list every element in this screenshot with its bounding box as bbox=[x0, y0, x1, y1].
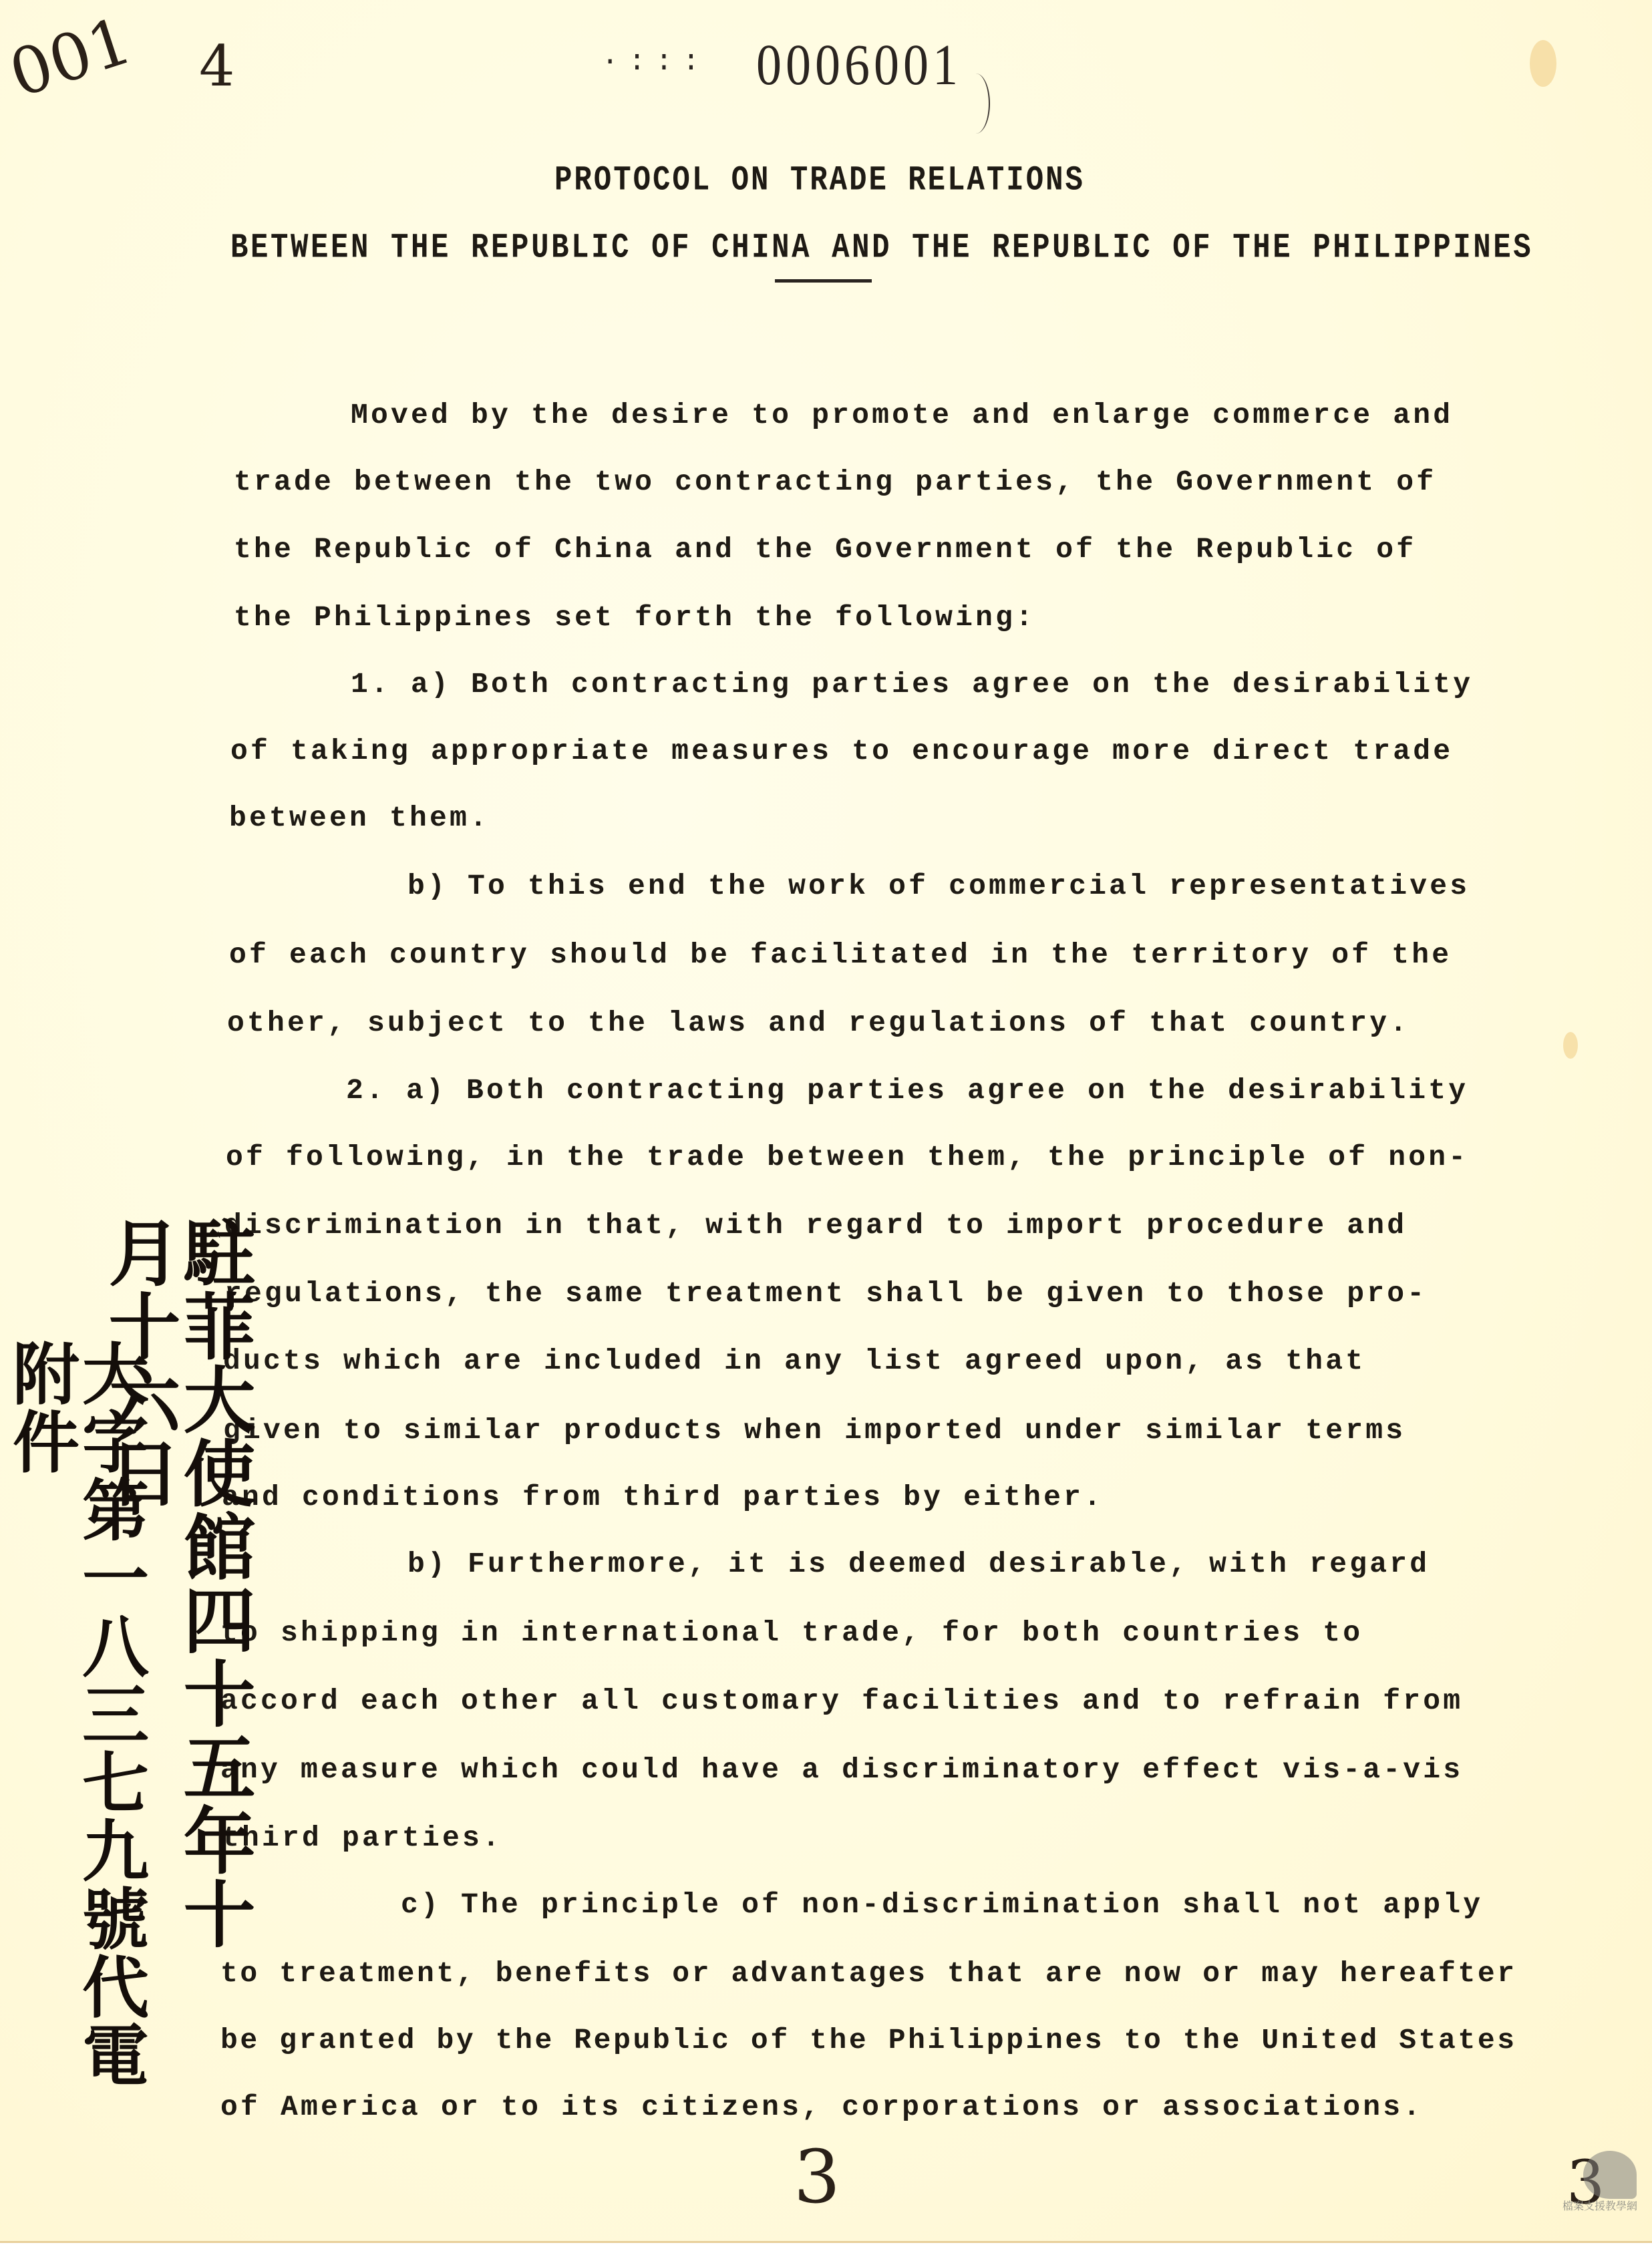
body-line: of following, in the trade between them,… bbox=[226, 1138, 1468, 1178]
handwritten-page-number: 3 bbox=[794, 2134, 840, 2220]
body-line: to shipping in international trade, for … bbox=[220, 1613, 1363, 1653]
body-line: to treatment, benefits or advantages tha… bbox=[220, 1954, 1517, 1994]
handwritten-page-marker: 4 bbox=[199, 33, 234, 99]
body-line: of taking appropriate measures to encour… bbox=[230, 731, 1453, 771]
body-line: regulations, the same treatment shall be… bbox=[224, 1274, 1427, 1314]
body-line: third parties. bbox=[222, 1818, 502, 1858]
body-line: Moved by the desire to promote and enlar… bbox=[351, 395, 1453, 436]
body-line: accord each other all customary faciliti… bbox=[220, 1681, 1463, 1721]
body-line: b) To this end the work of commercial re… bbox=[407, 866, 1470, 906]
margin-annotation-reference-number: 大字第一八三七九號代電附件 bbox=[5, 1339, 144, 2141]
document-page: 001 4 ·::: 0006001 PROTOCOL ON TRADE REL… bbox=[0, 0, 1652, 2243]
handwritten-corner-number: 001 bbox=[1, 3, 140, 112]
body-line: b) Furthermore, it is deemed desirable, … bbox=[407, 1544, 1430, 1584]
body-line: and conditions from third parties by eit… bbox=[222, 1478, 1104, 1518]
paper-stain bbox=[1530, 40, 1556, 87]
body-line: discrimination in that, with regard to i… bbox=[224, 1206, 1407, 1246]
title-rule bbox=[775, 279, 872, 283]
body-line: between them. bbox=[229, 798, 490, 838]
body-line: the Philippines set forth the following: bbox=[234, 598, 1035, 638]
body-line: 2. a) Both contracting parties agree on … bbox=[346, 1071, 1468, 1111]
archive-prefix-marks: ·::: bbox=[601, 45, 709, 79]
body-line: of America or to its citizens, corporati… bbox=[220, 2087, 1423, 2127]
body-line: of each country should be facilitated in… bbox=[229, 935, 1452, 975]
body-line: be granted by the Republic of the Philip… bbox=[220, 2021, 1517, 2061]
archive-watermark-text: 檔案支援教學網 bbox=[1560, 2198, 1640, 2213]
archive-number: 0006001 bbox=[756, 32, 962, 99]
body-line: any measure which could have a discrimin… bbox=[220, 1750, 1463, 1790]
body-line: c) The principle of non-discrimination s… bbox=[401, 1885, 1483, 1925]
paper-stain bbox=[1563, 1032, 1578, 1059]
pencil-arc-mark bbox=[962, 73, 990, 134]
body-line: other, subject to the laws and regulatio… bbox=[227, 1003, 1410, 1043]
body-line: trade between the two contracting partie… bbox=[234, 462, 1436, 502]
body-line: 1. a) Both contracting parties agree on … bbox=[351, 665, 1473, 705]
archive-watermark-logo-icon bbox=[1583, 2151, 1637, 2199]
document-subtitle: BETWEEN THE REPUBLIC OF CHINA AND THE RE… bbox=[230, 224, 1533, 272]
body-line: ducts which are included in any list agr… bbox=[223, 1341, 1365, 1381]
body-line: the Republic of China and the Government… bbox=[234, 530, 1416, 570]
body-line: given to similar products when imported … bbox=[223, 1411, 1406, 1451]
document-title: PROTOCOL ON TRADE RELATIONS bbox=[554, 157, 1085, 204]
